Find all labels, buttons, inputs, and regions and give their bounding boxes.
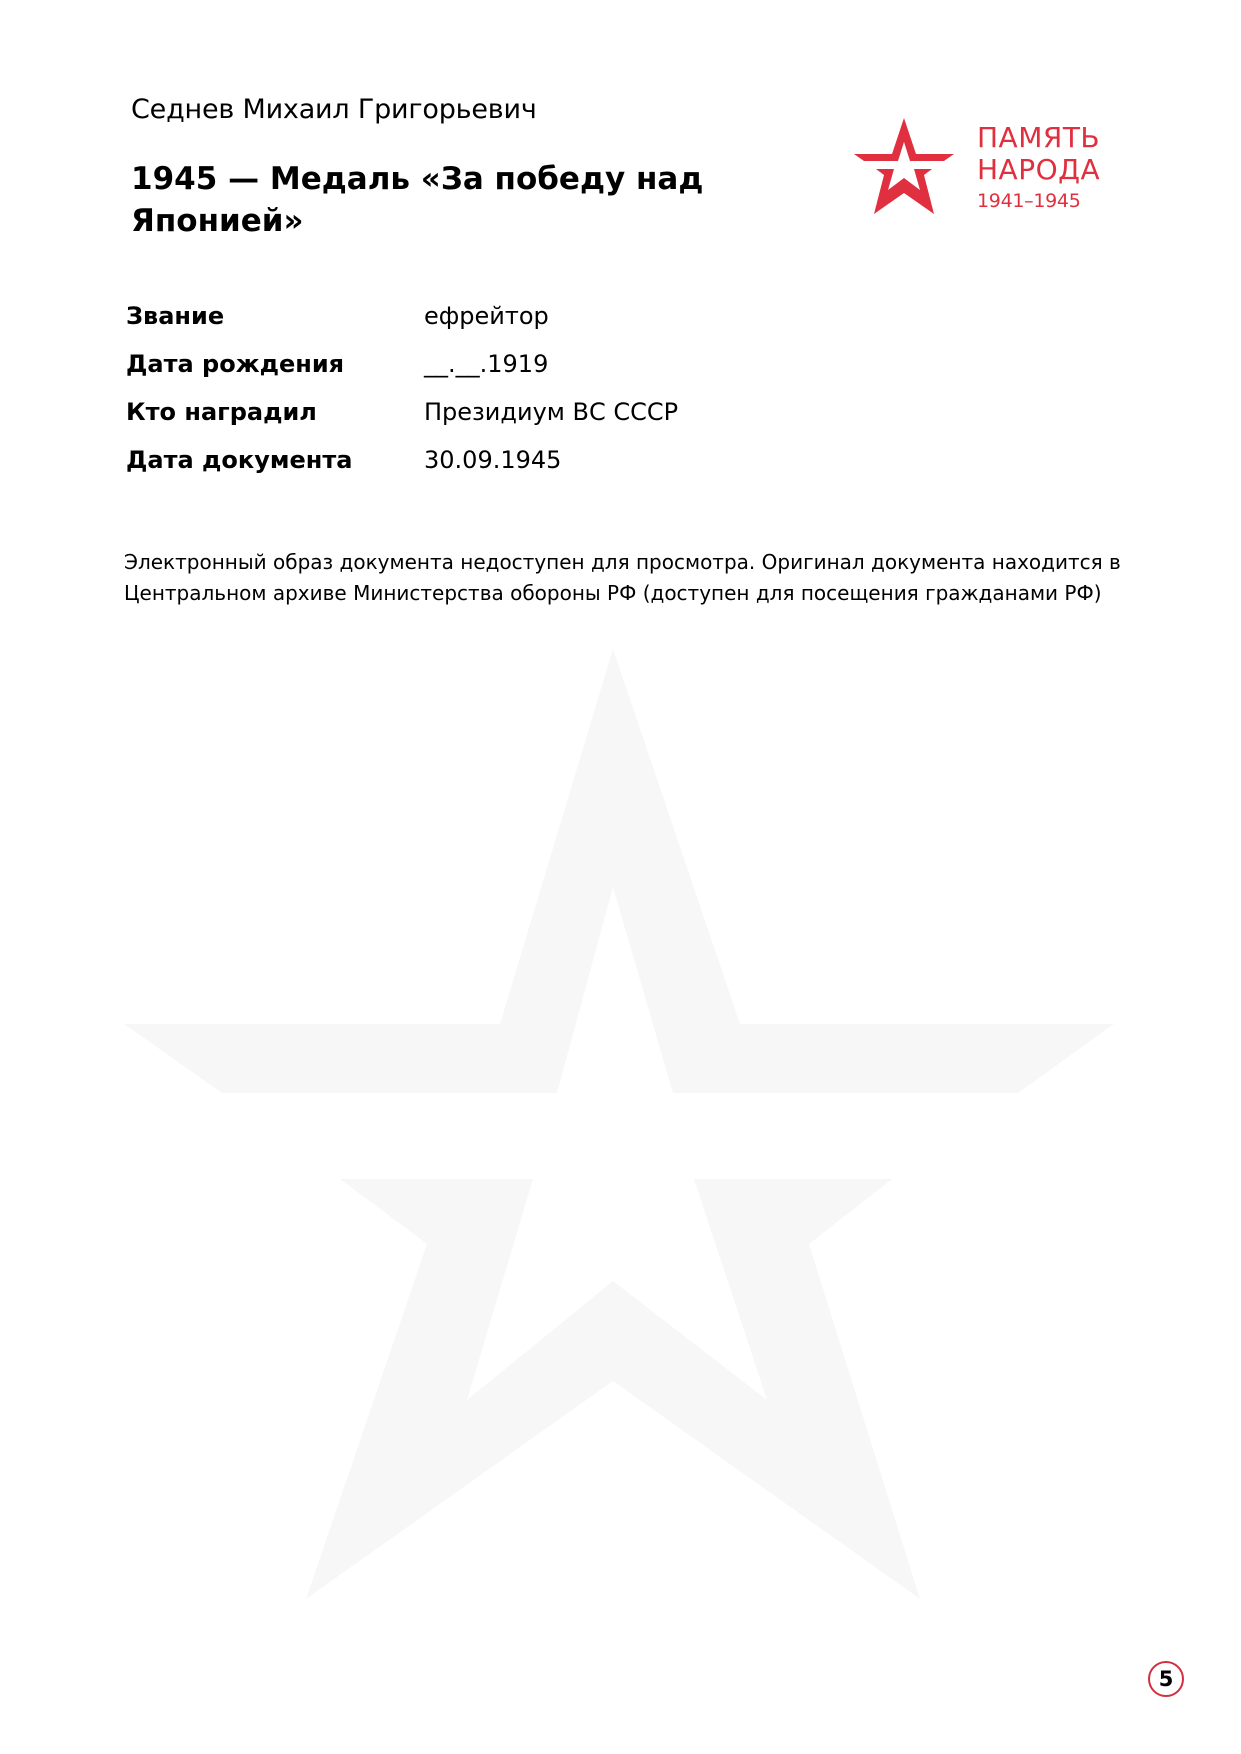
logo-years: 1941–1945 <box>977 188 1100 214</box>
document-unavailable-notice: Электронный образ документа недоступен д… <box>124 547 1124 608</box>
logo-line-2: НАРОДА <box>977 154 1100 186</box>
logo-line-1: ПАМЯТЬ <box>977 122 1100 154</box>
field-value: Президиум ВС СССР <box>424 398 678 426</box>
award-title: 1945 — Медаль «За победу над Японией» <box>131 158 771 242</box>
page-number: 5 <box>1148 1661 1184 1697</box>
field-label: Дата документа <box>126 446 352 474</box>
field-label: Звание <box>126 302 224 330</box>
red-star-icon <box>850 118 958 218</box>
field-label: Кто наградил <box>126 398 317 426</box>
pamyat-naroda-logo: ПАМЯТЬ НАРОДА 1941–1945 <box>850 118 1130 218</box>
field-value: ефрейтор <box>424 302 549 330</box>
person-name: Седнев Михаил Григорьевич <box>131 94 537 125</box>
document-page: Седнев Михаил Григорьевич 1945 — Медаль … <box>0 0 1241 1754</box>
field-label: Дата рождения <box>126 350 344 378</box>
logo-text: ПАМЯТЬ НАРОДА 1941–1945 <box>977 122 1100 214</box>
field-value: __.__.1919 <box>424 350 548 378</box>
field-value: 30.09.1945 <box>424 446 561 474</box>
